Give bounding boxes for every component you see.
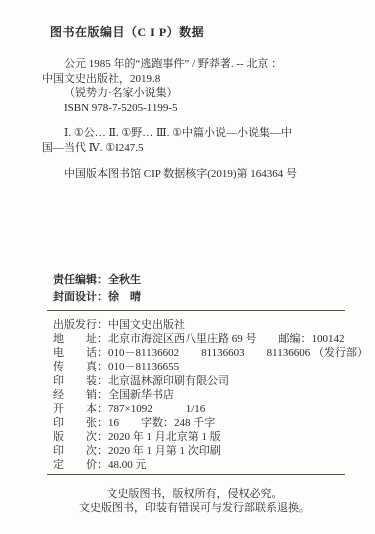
credit-value: 徐 晴 <box>108 291 141 303</box>
publication-row-edition: 版 次：2020 年 1 月北京第 1 版 <box>53 430 355 444</box>
cip-heading: 图书在版编目（C I P）数据 <box>50 23 347 40</box>
publication-value: 全国新华书店 <box>108 389 174 401</box>
credit-label: 责任编辑： <box>53 274 108 286</box>
publication-row-distributor: 经 销：全国新华书店 <box>53 388 355 402</box>
publication-value: 010－81136655 <box>108 361 179 373</box>
publication-info-block: 出版发行：中国文史出版社 地 址：北京市海淀区西八里庄路 69 号 邮编：100… <box>53 318 355 472</box>
publication-row-address: 地 址：北京市海淀区西八里庄路 69 号 邮编：100142 <box>53 332 355 346</box>
publication-row-sheets: 印 张：16 字数：248 千字 <box>53 416 355 430</box>
publication-label: 经 销： <box>53 389 108 401</box>
publication-label: 传 真： <box>53 361 108 373</box>
cip-record-number: 中国版本图书馆 CIP 数据核字(2019)第 164364 号 <box>42 167 347 182</box>
credits-block: 责任编辑：全秋生 封面设计：徐 晴 <box>53 272 347 306</box>
publication-label: 地 址： <box>53 333 108 345</box>
publication-row-phone: 电 话：010－81136602 81136603 81136606 （发行部） <box>53 346 355 360</box>
cip-classification: Ⅰ. ①公… Ⅱ. ①野… Ⅲ. ①中篇小说—小说集—中 国—当代 Ⅳ. ①I2… <box>42 126 347 155</box>
publication-label: 印 次： <box>53 445 108 457</box>
publication-label: 出版发行： <box>53 319 108 331</box>
publication-row-publisher: 出版发行：中国文史出版社 <box>53 318 355 332</box>
cip-publisher-line: 中国文史出版社，2019.8 <box>42 72 347 87</box>
returns-notice: 文史版图书，印装有错误可与发行部联系退换。 <box>42 501 347 516</box>
divider-line-top <box>47 310 345 311</box>
publication-value: 中国文史出版社 <box>108 319 185 331</box>
publication-label: 版 次： <box>53 431 108 443</box>
footer-notices: 文史版图书，版权所有，侵权必究。 文史版图书，印装有错误可与发行部联系退换。 <box>42 487 347 516</box>
publication-value: 787×1092 1/16 <box>108 403 205 415</box>
credit-row-editor: 责任编辑：全秋生 <box>53 272 347 289</box>
publication-label: 电 话： <box>53 347 108 359</box>
publication-row-fax: 传 真：010－81136655 <box>53 360 355 374</box>
publication-row-impression: 印 次：2020 年 1 月第 1 次印刷 <box>53 444 355 458</box>
cip-section: 图书在版编目（C I P）数据 公元 1985 年的“逃跑事件” / 野莽著. … <box>42 23 347 182</box>
publication-value: 16 字数：248 千字 <box>108 417 215 429</box>
cip-series-line: （锐势力·名家小说集） <box>42 86 347 101</box>
publication-value: 2020 年 1 月北京第 1 版 <box>108 431 221 443</box>
publication-value: 010－81136602 81136603 81136606 （发行部） <box>108 347 368 359</box>
publication-row-price: 定 价：48.00 元 <box>53 458 355 472</box>
publication-value: 北京温林源印刷有限公司 <box>108 375 229 387</box>
publication-label: 印 张： <box>53 417 108 429</box>
copyright-page: 图书在版编目（C I P）数据 公元 1985 年的“逃跑事件” / 野莽著. … <box>0 0 375 534</box>
cip-title-line: 公元 1985 年的“逃跑事件” / 野莽著. -- 北京 ： <box>42 57 347 72</box>
cip-classification-line: 国—当代 Ⅳ. ①I247.5 <box>42 141 347 156</box>
credit-label: 封面设计： <box>53 291 108 303</box>
credit-value: 全秋生 <box>108 274 141 286</box>
publication-value: 48.00 元 <box>108 459 147 471</box>
cip-description: 公元 1985 年的“逃跑事件” / 野莽著. -- 北京 ： 中国文史出版社，… <box>42 57 347 182</box>
copyright-notice: 文史版图书，版权所有，侵权必究。 <box>42 487 347 502</box>
publication-row-printer: 印 装：北京温林源印刷有限公司 <box>53 374 355 388</box>
divider-line-bottom <box>47 474 345 475</box>
publication-label: 开 本： <box>53 403 108 415</box>
publication-value: 2020 年 1 月第 1 次印刷 <box>108 445 221 457</box>
publication-value: 北京市海淀区西八里庄路 69 号 邮编：100142 <box>108 333 345 345</box>
publication-label: 印 装： <box>53 375 108 387</box>
cip-isbn-line: ISBN 978-7-5205-1199-5 <box>42 101 347 116</box>
publication-label: 定 价： <box>53 459 108 471</box>
credit-row-cover-design: 封面设计：徐 晴 <box>53 289 347 306</box>
publication-row-format: 开 本：787×1092 1/16 <box>53 402 355 416</box>
cip-classification-line: Ⅰ. ①公… Ⅱ. ①野… Ⅲ. ①中篇小说—小说集—中 <box>42 126 347 141</box>
